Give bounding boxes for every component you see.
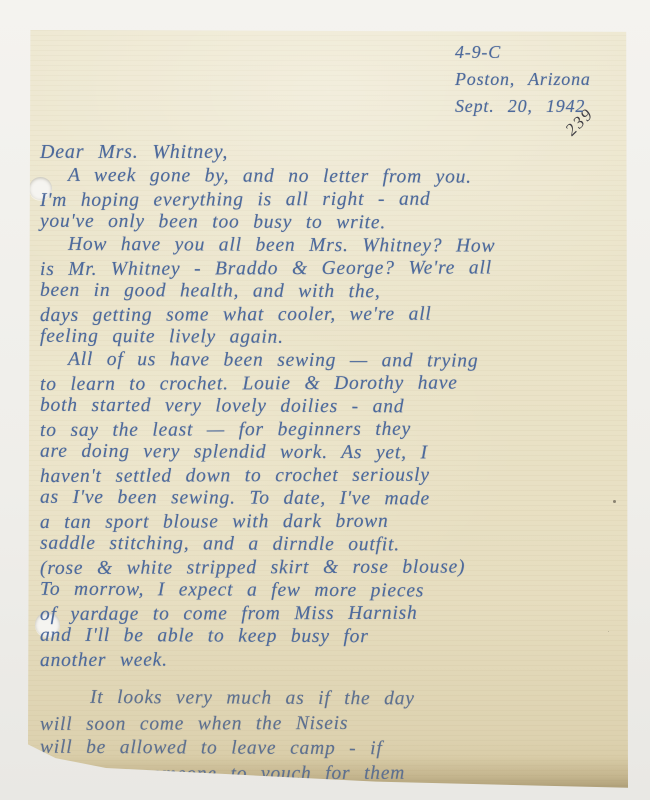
handwritten-line: and I'll be able to keep busy for <box>40 624 628 650</box>
handwritten-line: saddle stitching, and a dirndle outfit. <box>40 532 628 558</box>
header-address-line: 4-9-C <box>455 39 591 66</box>
greeting: Dear Mrs. Whitney, <box>40 140 628 165</box>
handwritten-line: I'm hoping everything is all right - and <box>40 187 628 212</box>
paragraph-2: How have you all been Mrs. Whitney? Howi… <box>40 234 628 349</box>
handwritten-line: All of us have been sewing — and trying <box>40 348 628 374</box>
handwritten-line: To morrow, I expect a few more pieces <box>40 578 628 604</box>
handwritten-line: days getting some what cooler, we're all <box>40 302 628 327</box>
letter-page: 239 4-9-C Poston, Arizona Sept. 20, 1942… <box>28 30 628 790</box>
handwritten-line: been in good health, and with the, <box>40 279 628 305</box>
letter-header: 4-9-C Poston, Arizona Sept. 20, 1942 <box>455 39 591 120</box>
handwritten-line: as I've been sewing. To date, I've made <box>40 486 628 512</box>
handwritten-line: A week gone by, and no letter from you. <box>40 164 628 190</box>
handwritten-line: both started very lovely doilies - and <box>40 394 628 420</box>
handwritten-line: are doing very splendid work. As yet, I <box>40 440 628 466</box>
header-date-line: Sept. 20, 1942 <box>455 93 591 120</box>
header-location-line: Poston, Arizona <box>455 66 591 93</box>
handwritten-line: to learn to crochet. Louie & Dorothy hav… <box>40 371 628 396</box>
handwritten-line: is Mr. Whitney - Braddo & George? We're … <box>40 256 628 281</box>
handwritten-line: to say the least — for beginners they <box>40 417 628 442</box>
letter-body: Dear Mrs. Whitney, A week gone by, and n… <box>40 140 628 786</box>
scan-background: 239 4-9-C Poston, Arizona Sept. 20, 1942… <box>0 0 650 800</box>
ink-speck <box>613 500 616 503</box>
handwritten-line: will soon come when the Niseis <box>40 710 628 737</box>
handwritten-line: a tan sport blouse with dark brown <box>40 509 628 534</box>
handwritten-line: (rose & white stripped skirt & rose blou… <box>40 555 628 580</box>
paragraph-1: A week gone by, and no letter from you.I… <box>40 165 628 234</box>
handwritten-line: they have someone to vouch for them <box>40 760 628 787</box>
handwritten-line: will be allowed to leave camp - if <box>40 735 628 763</box>
paragraph-3: All of us have been sewing — and tryingt… <box>40 349 628 671</box>
handwritten-line: you've only been too busy to write. <box>40 210 628 236</box>
handwritten-line: It looks very much as if the day <box>40 685 628 713</box>
handwritten-line: another week. <box>40 647 628 672</box>
handwritten-line: How have you all been Mrs. Whitney? How <box>40 233 628 259</box>
handwritten-line: feeling quite lively again. <box>40 325 628 351</box>
handwritten-line: of yardage to come from Miss Harnish <box>40 601 628 626</box>
paragraph-4: It looks very much as if the daywill soo… <box>40 686 628 786</box>
handwritten-line: haven't settled down to crochet seriousl… <box>40 463 628 488</box>
